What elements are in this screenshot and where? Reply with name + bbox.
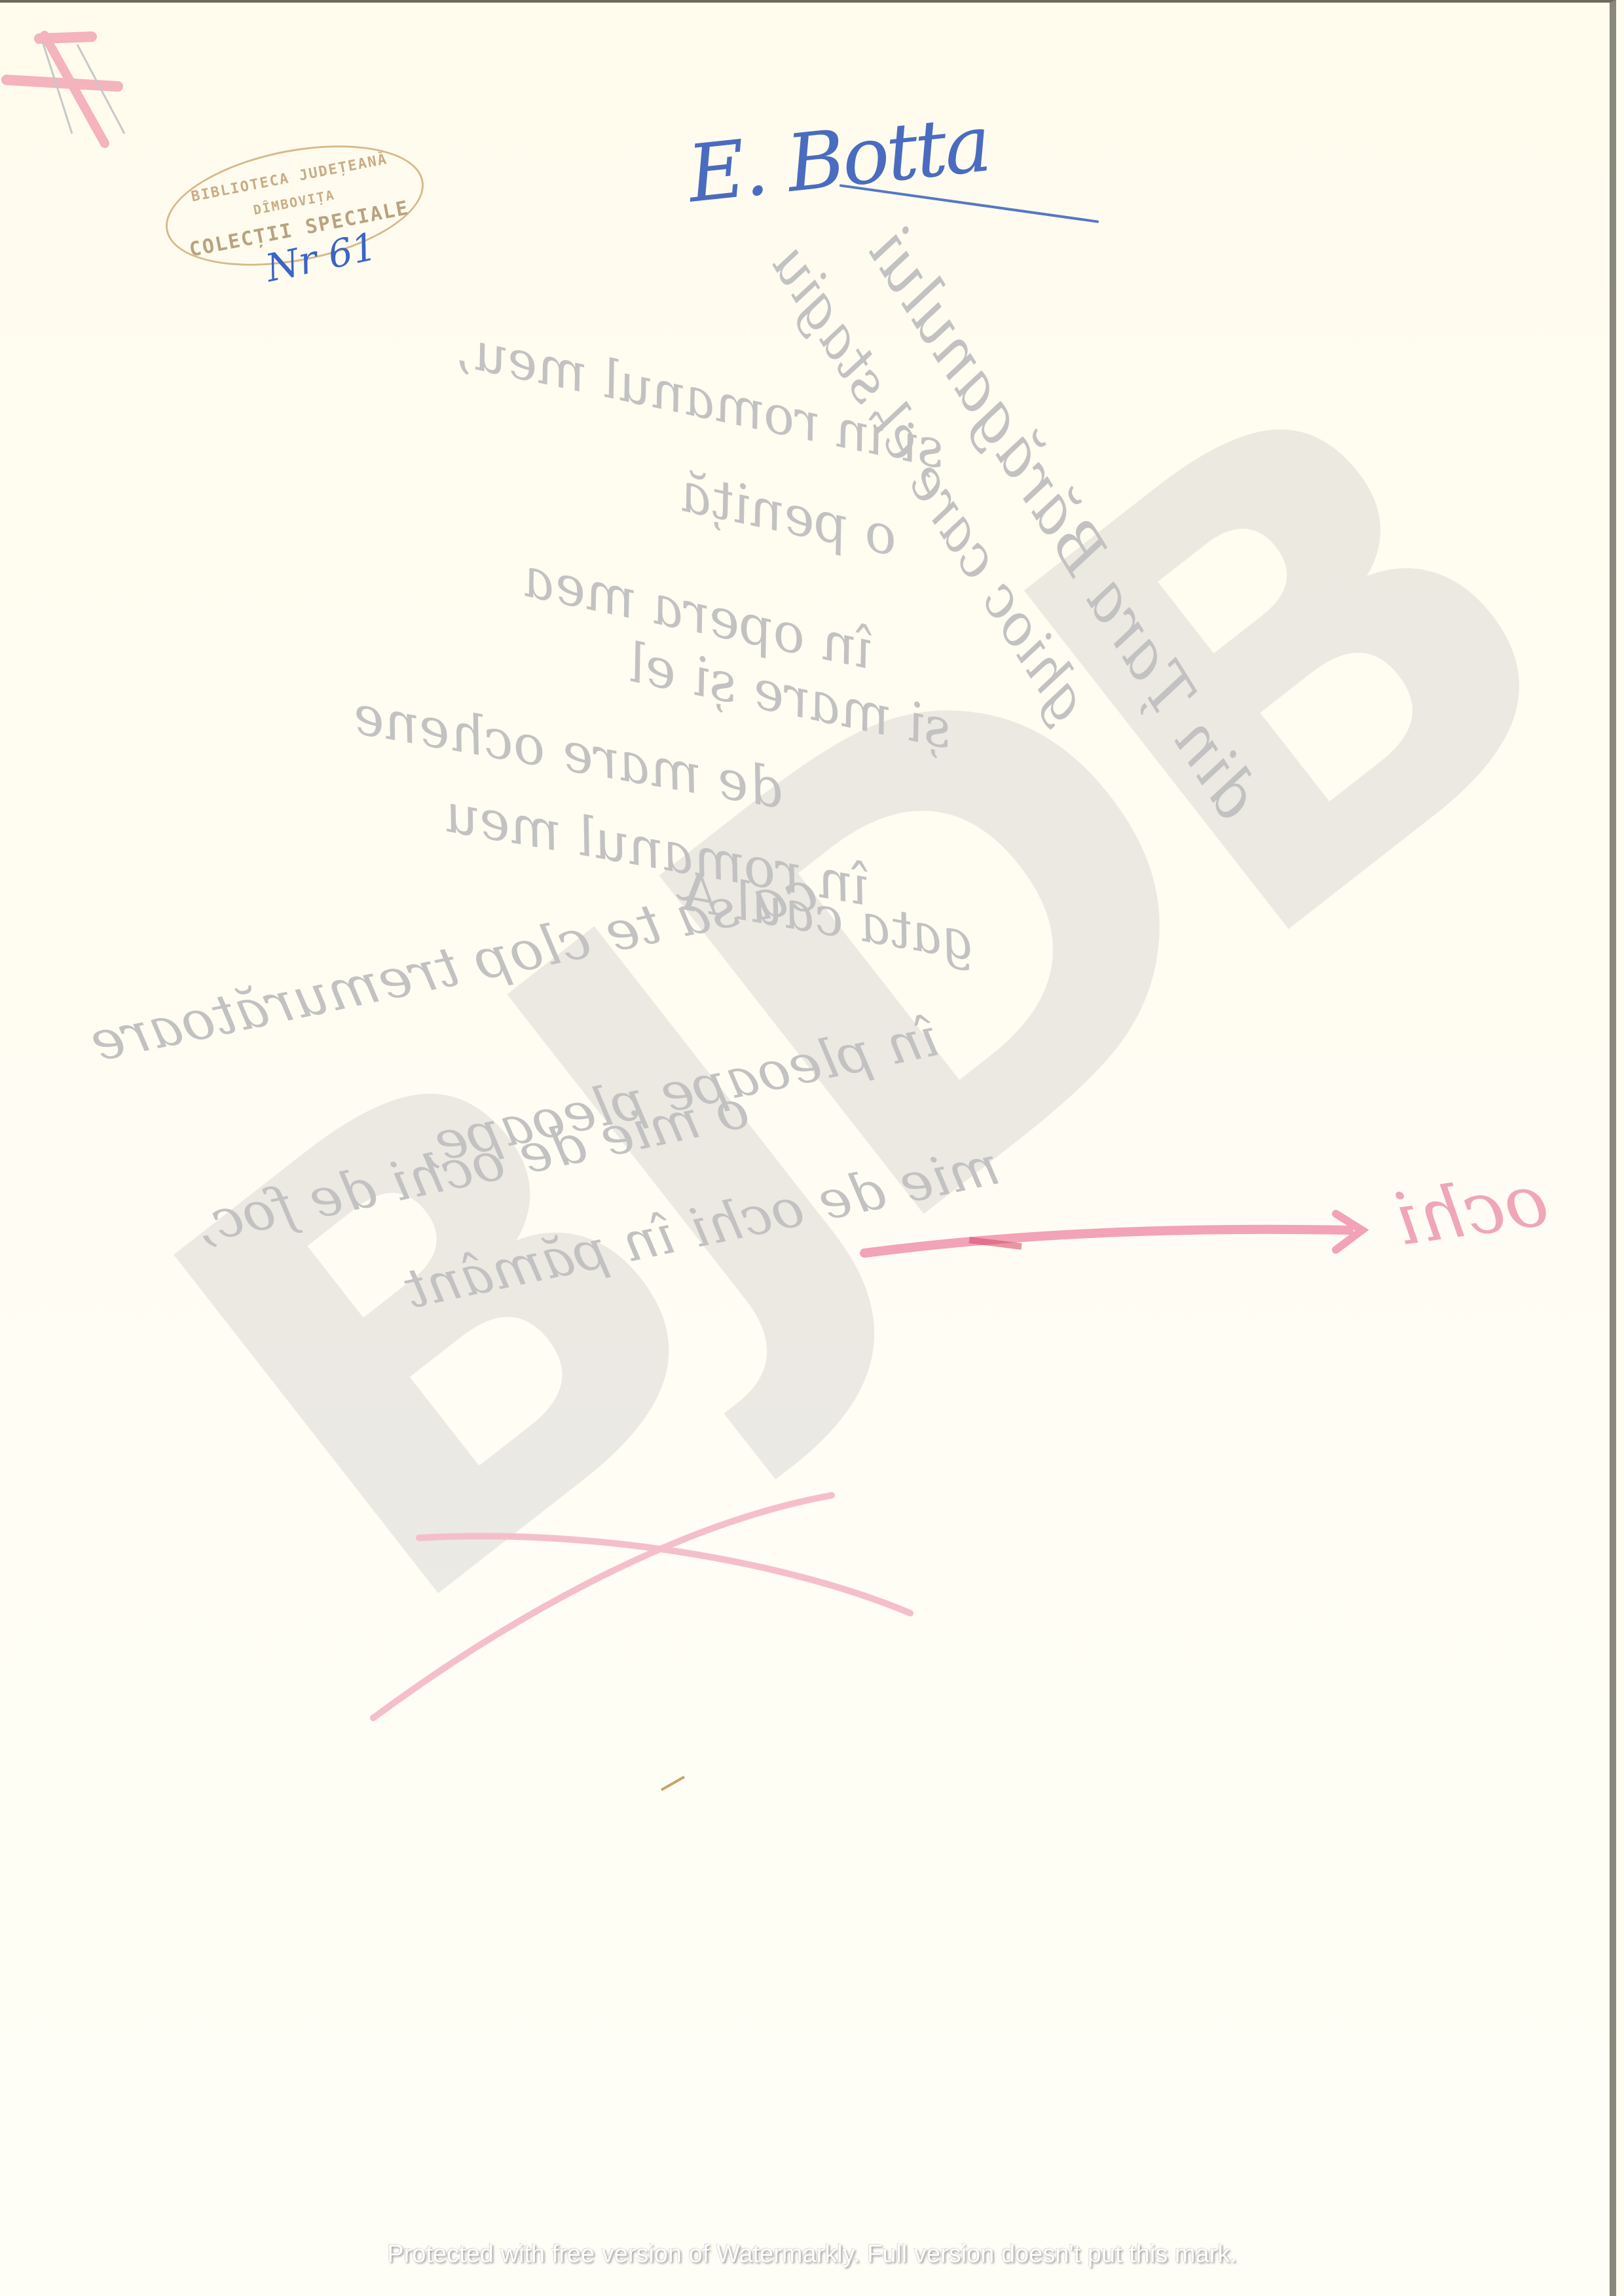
- manuscript-page: BJDB BIBLIOTECA JUDEȚEANĂ DÎMBOVIȚA COLE…: [0, 0, 1616, 2296]
- red-annotation: ochi: [1390, 1157, 1553, 1262]
- author-signature: E. Botta: [684, 98, 993, 220]
- mirror-line: o peniță: [674, 462, 904, 568]
- watermark-footer: Protected with free version of Watermark…: [0, 2240, 1624, 2269]
